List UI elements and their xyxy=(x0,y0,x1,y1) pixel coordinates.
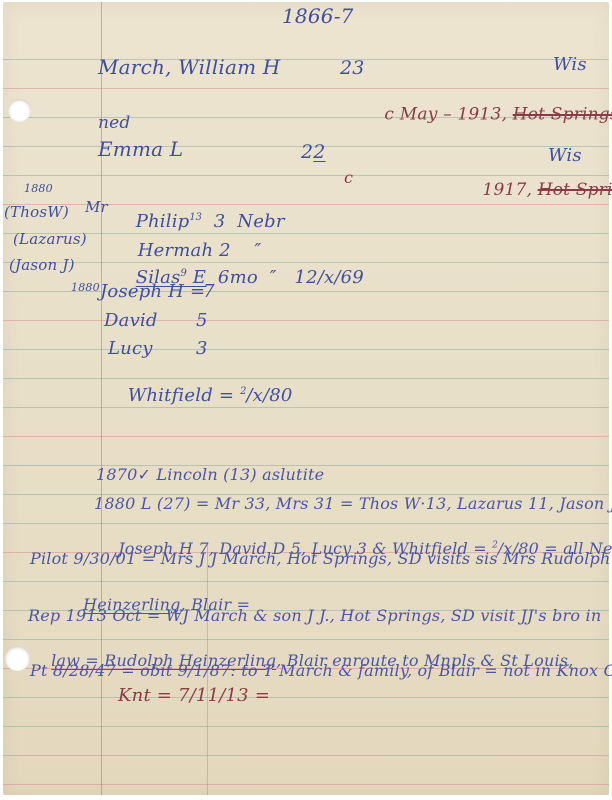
child-silas-rest: 6mo ″ 12/x/69 xyxy=(206,267,364,288)
census-1880-year: 1880 xyxy=(71,282,100,294)
child-philip-sup: 13 xyxy=(189,212,202,223)
margin-year-1880: 1880 xyxy=(24,183,53,195)
wife-name: Emma L xyxy=(98,139,183,160)
ruled-line xyxy=(3,320,609,321)
census-row-age: 3 xyxy=(196,340,208,359)
margin-alt-name-jasonj: (Jason J) xyxy=(9,258,75,274)
whitfield-post: /x/80 xyxy=(246,385,292,406)
ruled-line xyxy=(3,784,609,785)
census-row-age: 5 xyxy=(196,312,208,331)
punch-hole-bottom xyxy=(5,646,30,671)
ruled-line xyxy=(3,378,609,379)
whitfield-line: Whitfield = 2/x/80 xyxy=(104,368,293,425)
circa-mark: c xyxy=(344,170,353,187)
census-row-name: David xyxy=(104,312,158,331)
husband-death-place-struck: Hot Springs xyxy=(513,105,612,125)
ruled-line xyxy=(3,349,609,350)
ruled-line xyxy=(3,233,609,234)
wife-age-digit-1: 2 xyxy=(301,141,313,163)
note-1880: 1880 L (27) = Mr 33, Mrs 31 = Thos W·13,… xyxy=(94,496,612,513)
ruled-line xyxy=(3,407,609,408)
husband-death-prefix: c May – 1913, xyxy=(384,105,512,125)
note-1870: 1870✓ Lincoln (13) aslutite xyxy=(96,467,324,484)
ruled-line xyxy=(3,755,609,756)
ruled-line xyxy=(3,697,609,698)
note-pt: Pt 8/28/47 = obit 9/1/87: to T March & f… xyxy=(30,663,612,680)
census-row-name: Lucy xyxy=(108,340,153,359)
whitfield-pre: Whitfield = xyxy=(128,385,240,406)
wed-label: ned xyxy=(98,115,131,133)
husband-death-note: c May – 1913, Hot SpringsSd xyxy=(362,88,612,142)
margin-alt-name-thosw: (ThosW) xyxy=(4,205,69,221)
census-row-name: Joseph H = xyxy=(100,283,205,302)
name-prefix: Mr xyxy=(85,200,108,216)
notebook-page: 1866-7 March, William H 23 Wis c May – 1… xyxy=(0,0,612,800)
wife-death-note: 1917, Hot Springs xyxy=(460,164,612,218)
ruled-line xyxy=(3,59,609,60)
ruled-line xyxy=(3,436,609,437)
note-pilot: Pilot 9/30/01 = Mrs J J March, Hot Sprin… xyxy=(30,551,610,568)
punch-hole-top xyxy=(8,99,31,122)
census-row-age: 7 xyxy=(203,283,215,302)
ruled-line xyxy=(3,726,609,727)
husband-name: March, William H xyxy=(98,57,280,78)
wife-death-place-struck: Hot Springs xyxy=(538,180,612,200)
margin-alt-name-lazarus: (Lazarus) xyxy=(13,232,87,248)
note-rep: Rep 1913 Oct = WJ March & son J J., Hot … xyxy=(28,608,601,625)
page-title: 1866-7 xyxy=(282,6,354,27)
husband-birthplace: Wis xyxy=(553,56,587,75)
note-knt-red: Knt = 7/11/13 = xyxy=(118,687,270,706)
wife-death-year: 1917, xyxy=(482,180,537,200)
husband-age: 23 xyxy=(340,59,365,79)
wife-age-digit-2: 2 xyxy=(313,141,325,163)
wife-age: 22 xyxy=(301,143,326,163)
